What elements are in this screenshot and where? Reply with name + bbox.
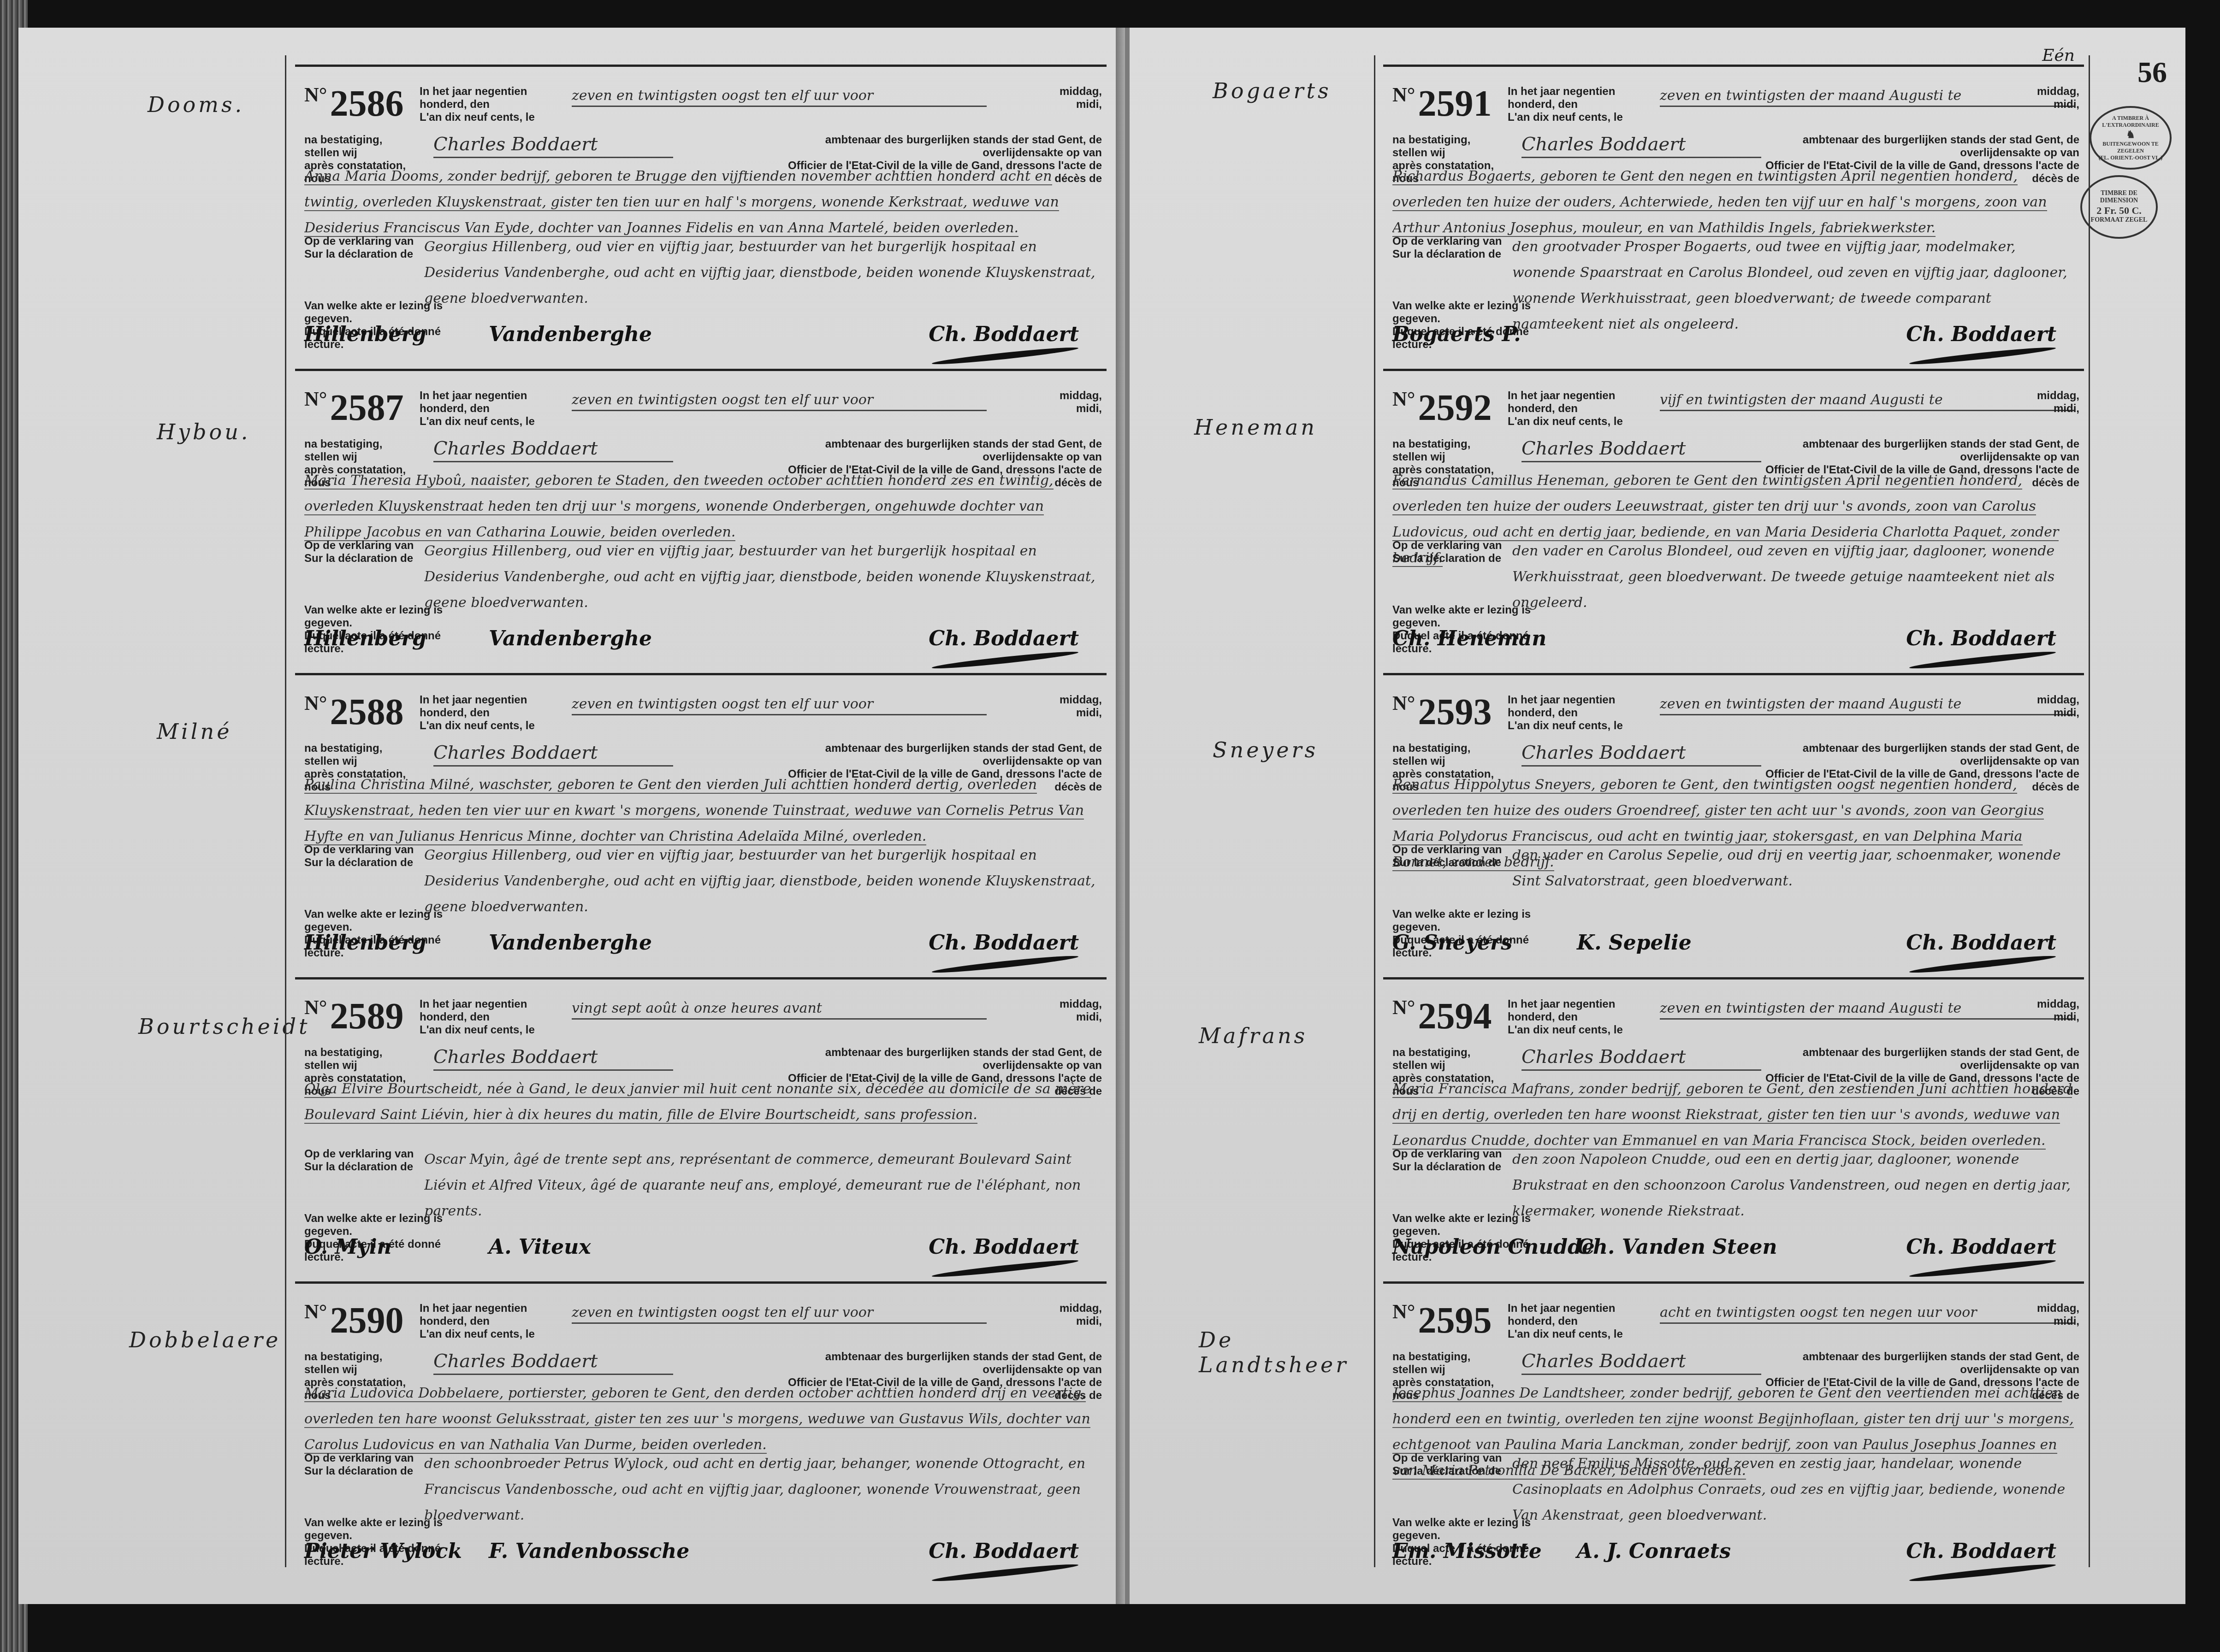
verkl-fr: Sur la déclaration de [1392, 552, 1503, 565]
midday-label: middag, midi, [1047, 389, 1102, 415]
midi-fr: midi, [2024, 707, 2079, 720]
witness-signature: Ch. Heneman [1392, 627, 1546, 650]
verkl-nl: Op de verklaring van [1392, 1452, 1503, 1465]
signature-flourish [931, 1562, 1079, 1583]
header-fr: L'an dix neuf cents, le [420, 415, 558, 428]
printed-declaration: Op de verklaring van Sur la déclaration … [1392, 235, 1503, 261]
stellen-nl: na bestatiging, stellen wij [304, 742, 415, 768]
margin-surname: Hybou. [157, 419, 251, 444]
death-record: N°2587 In het jaar negentien honderd, de… [295, 369, 1107, 664]
witness-signature: Bogaerts P. [1392, 323, 1521, 346]
date-time-handwritten: vijf en twintigsten der maand Augusti te [1660, 392, 2075, 411]
stamp-top-text: A TIMBRER À L'EXTRAORDINAIRE [2091, 115, 2170, 129]
date-time-handwritten: vingt sept août à onze heures avant [572, 1000, 987, 1020]
deceased-details: Richardus Bogaerts, geboren te Gent den … [1392, 164, 2075, 241]
declarants-text: den vader en Carolus Sepelie, oud drij e… [1512, 843, 2075, 894]
record-number: N°2591 [1392, 83, 1492, 125]
deceased-details: Maria Theresia Hyboû, naaister, geboren … [304, 468, 1097, 545]
record-divider [1383, 1281, 2084, 1284]
printed-declaration: Op de verklaring van Sur la déclaration … [304, 844, 415, 869]
printed-declaration: Op de verklaring van Sur la déclaration … [304, 1452, 415, 1478]
witness-signature: Ch. Vanden Steen [1577, 1235, 1777, 1259]
ambt-nl: ambtenaar des burgerlijken stands der st… [779, 134, 1102, 159]
stellen-nl: na bestatiging, stellen wij [1392, 438, 1503, 464]
record-number: N°2587 [304, 387, 403, 429]
record-number: N°2595 [1392, 1300, 1492, 1342]
declarants-text: Oscar Myin, âgé de trente sept ans, repr… [424, 1147, 1097, 1224]
record-divider [295, 673, 1107, 675]
death-record: N°2592 In het jaar negentien honderd, de… [1383, 369, 2084, 664]
margin-surname: Dobbelaere [129, 1327, 281, 1352]
header-nl: In het jaar negentien honderd, den [1508, 694, 1646, 720]
signature-flourish [1909, 345, 2056, 366]
record-divider [295, 1281, 1107, 1284]
deceased-details: Maria Ludovica Dobbelaere, portierster, … [304, 1381, 1097, 1458]
record-number-value: 2593 [1418, 692, 1492, 732]
deceased-details-text: Paulina Christina Milné, waschster, gebo… [304, 777, 1084, 845]
deceased-details-text: Anna Maria Dooms, zonder bedrijf, gebore… [304, 168, 1059, 237]
verkl-nl: Op de verklaring van [304, 1452, 415, 1465]
death-record: N°2590 In het jaar negentien honderd, de… [295, 1281, 1107, 1576]
left-margin: Dooms. Hybou. Milné Bourtscheidt Dobbela… [46, 28, 286, 1604]
lezing-nl: Van welke akte er lezing is gegeven. [1392, 1212, 1540, 1238]
declarants-text: den zoon Napoleon Cnudde, oud een en der… [1512, 1147, 2075, 1224]
record-number-value: 2592 [1418, 388, 1492, 428]
death-record: N°2588 In het jaar negentien honderd, de… [295, 673, 1107, 968]
verkl-nl: Op de verklaring van [304, 844, 415, 856]
header-fr: L'an dix neuf cents, le [420, 111, 558, 124]
declarants-text: den grootvader Prosper Bogaerts, oud twe… [1512, 234, 2075, 337]
officer-signature: Ch. Boddaert [1906, 1540, 2056, 1563]
midday-label: middag, midi, [2024, 694, 2079, 720]
margin-rule [285, 55, 286, 1567]
death-record: N°2594 In het jaar negentien honderd, de… [1383, 977, 2084, 1272]
witness-signature: Em. Missotte [1392, 1540, 1542, 1563]
record-number-value: 2586 [330, 83, 403, 124]
record-divider [295, 977, 1107, 979]
midi-nl: middag, [2024, 85, 2079, 98]
date-time-handwritten: zeven en twintigsten der maand Augusti t… [1660, 88, 2075, 107]
margin-surname: Dooms. [148, 92, 244, 117]
margin-surname: Milné [157, 719, 232, 744]
margin-surname: De Landtsheer [1199, 1327, 1388, 1377]
officer-name: Charles Boddaert [433, 1351, 673, 1375]
date-time-handwritten: zeven en twintigsten oogst ten elf uur v… [572, 392, 987, 411]
number-prefix: N° [304, 83, 327, 106]
number-prefix: N° [304, 996, 327, 1019]
officer-name: Charles Boddaert [1521, 134, 1761, 158]
lezing-nl: Van welke akte er lezing is gegeven. [304, 908, 452, 934]
midi-fr: midi, [2024, 98, 2079, 111]
midday-label: middag, midi, [1047, 694, 1102, 720]
printed-header: In het jaar negentien honderd, den L'an … [1508, 694, 1646, 732]
death-record: N°2593 In het jaar negentien honderd, de… [1383, 673, 2084, 968]
printed-declaration: Op de verklaring van Sur la déclaration … [1392, 1148, 1503, 1174]
signature-flourish [1909, 649, 2056, 671]
record-number: N°2594 [1392, 996, 1492, 1038]
midi-fr: midi, [1047, 707, 1102, 720]
officer-signature: Ch. Boddaert [1906, 931, 2056, 955]
stellen-nl: na bestatiging, stellen wij [304, 438, 415, 464]
record-number-value: 2594 [1418, 996, 1492, 1037]
deceased-details: Paulina Christina Milné, waschster, gebo… [304, 772, 1097, 850]
officer-name: Charles Boddaert [1521, 1046, 1761, 1071]
deceased-details: Olga Elvire Bourtscheidt, née à Gand, le… [304, 1076, 1097, 1128]
midi-fr: midi, [1047, 1011, 1102, 1024]
midday-label: middag, midi, [1047, 1302, 1102, 1328]
header-fr: L'an dix neuf cents, le [1508, 415, 1646, 428]
stellen-nl: na bestatiging, stellen wij [1392, 742, 1503, 768]
witness-signature: F. Vandenbossche [489, 1540, 689, 1563]
header-fr: L'an dix neuf cents, le [1508, 1328, 1646, 1341]
page-number: 56 [2137, 55, 2167, 89]
ambt-nl: ambtenaar des burgerlijken stands der st… [779, 1351, 1102, 1376]
officer-signature: Ch. Boddaert [1906, 323, 2056, 346]
date-time-handwritten: acht en twintigsten oogst ten negen uur … [1660, 1304, 2075, 1324]
right-page: Bogaerts Heneman Sneyers Mafrans De Land… [1125, 28, 2185, 1604]
deceased-details: Maria Francisca Mafrans, zonder bedrijf,… [1392, 1076, 2075, 1154]
record-divider [1383, 673, 2084, 675]
record-number: N°2592 [1392, 387, 1492, 429]
signature-flourish [931, 649, 1079, 671]
record-number: N°2589 [304, 996, 403, 1038]
number-prefix: N° [304, 692, 327, 714]
verkl-fr: Sur la déclaration de [1392, 1465, 1503, 1478]
header-fr: L'an dix neuf cents, le [420, 720, 558, 732]
declarants-text: den schoonbroeder Petrus Wylock, oud ach… [424, 1451, 1097, 1528]
printed-declaration: Op de verklaring van Sur la déclaration … [1392, 1452, 1503, 1478]
midi-nl: middag, [1047, 85, 1102, 98]
printed-header: In het jaar negentien honderd, den L'an … [420, 389, 558, 428]
witness-signature: Vandenberghe [489, 323, 652, 346]
ambt-nl: ambtenaar des burgerlijken stands der st… [1757, 742, 2079, 768]
verkl-fr: Sur la déclaration de [304, 1465, 415, 1478]
printed-declaration: Op de verklaring van Sur la déclaration … [1392, 844, 1503, 869]
officer-signature: Ch. Boddaert [929, 1540, 1079, 1563]
witness-signature: Hillenberg [304, 931, 426, 955]
midi-nl: middag, [1047, 1302, 1102, 1315]
header-nl: In het jaar negentien honderd, den [1508, 1302, 1646, 1328]
officer-signature: Ch. Boddaert [1906, 627, 2056, 650]
record-divider [295, 65, 1107, 67]
midi-fr: midi, [2024, 1315, 2079, 1328]
verkl-nl: Op de verklaring van [304, 539, 415, 552]
header-nl: In het jaar negentien honderd, den [420, 389, 558, 415]
date-time-handwritten: zeven en twintigsten der maand Augusti t… [1660, 696, 2075, 715]
record-divider [295, 369, 1107, 371]
deceased-details-text: Olga Elvire Bourtscheidt, née à Gand, le… [304, 1081, 1091, 1124]
printed-declaration: Op de verklaring van Sur la déclaration … [1392, 539, 1503, 565]
verkl-fr: Sur la déclaration de [1392, 1161, 1503, 1174]
deceased-details-text: Maria Ludovica Dobbelaere, portierster, … [304, 1385, 1090, 1454]
verkl-fr: Sur la déclaration de [304, 856, 415, 869]
verkl-fr: Sur la déclaration de [304, 1161, 415, 1174]
printed-declaration: Op de verklaring van Sur la déclaration … [304, 235, 415, 261]
header-nl: In het jaar negentien honderd, den [420, 998, 558, 1024]
stellen-nl: na bestatiging, stellen wij [1392, 1046, 1503, 1072]
officer-signature: Ch. Boddaert [929, 931, 1079, 955]
extraordinary-stamp: A TIMBRER À L'EXTRAORDINAIRE ♞ BUITENGEW… [2090, 106, 2172, 170]
stellen-nl: na bestatiging, stellen wij [304, 134, 415, 159]
ambt-nl: ambtenaar des burgerlijken stands der st… [779, 1046, 1102, 1072]
ambt-nl: ambtenaar des burgerlijken stands der st… [779, 438, 1102, 464]
header-nl: In het jaar negentien honderd, den [420, 1302, 558, 1328]
death-record: N°2586 In het jaar negentien honderd, de… [295, 65, 1107, 360]
deceased-details-text: Richardus Bogaerts, geboren te Gent den … [1392, 168, 2047, 237]
header-fr: L'an dix neuf cents, le [420, 1024, 558, 1037]
midday-label: middag, midi, [1047, 85, 1102, 111]
stamp-bottom-text: (FL. ORIENT.-OOST VL.) [2091, 154, 2170, 161]
lezing-nl: Van welke akte er lezing is gegeven. [304, 300, 452, 325]
record-number-value: 2590 [330, 1300, 403, 1341]
officer-name: Charles Boddaert [433, 1046, 673, 1071]
verkl-nl: Op de verklaring van [304, 1148, 415, 1161]
lezing-nl: Van welke akte er lezing is gegeven. [1392, 1516, 1540, 1542]
margin-surname: Heneman [1194, 415, 1317, 440]
death-record: N°2591 In het jaar negentien honderd, de… [1383, 65, 2084, 360]
left-page: Dooms. Hybou. Milné Bourtscheidt Dobbela… [18, 28, 1119, 1604]
printed-declaration: Op de verklaring van Sur la déclaration … [304, 1148, 415, 1174]
printed-header: In het jaar negentien honderd, den L'an … [420, 694, 558, 732]
midi-fr: midi, [1047, 402, 1102, 415]
declarants-text: den neef Emilius Missotte, oud zeven en … [1512, 1451, 2075, 1528]
record-divider [1383, 369, 2084, 371]
number-prefix: N° [304, 388, 327, 410]
corner-annotation: Eén [2042, 46, 2075, 65]
printed-header: In het jaar negentien honderd, den L'an … [420, 998, 558, 1037]
officer-signature: Ch. Boddaert [929, 1235, 1079, 1259]
declarants-text: Georgius Hillenberg, oud vier en vijftig… [424, 234, 1097, 312]
date-time-handwritten: zeven en twintigsten der maand Augusti t… [1660, 1000, 2075, 1020]
printed-declaration: Op de verklaring van Sur la déclaration … [304, 539, 415, 565]
officer-name: Charles Boddaert [433, 134, 673, 158]
officer-signature: Ch. Boddaert [929, 323, 1079, 346]
header-nl: In het jaar negentien honderd, den [1508, 389, 1646, 415]
stamp-bottom-text: FORMAAT ZEGEL [2082, 217, 2156, 224]
officer-name: Charles Boddaert [1521, 1351, 1761, 1375]
signature-flourish [1909, 1257, 2056, 1279]
header-nl: In het jaar negentien honderd, den [1508, 85, 1646, 111]
death-record: N°2589 In het jaar negentien honderd, de… [295, 977, 1107, 1272]
signature-flourish [1909, 1562, 2056, 1583]
witness-signature: Vandenberghe [489, 627, 652, 650]
verkl-nl: Op de verklaring van [1392, 539, 1503, 552]
date-time-handwritten: zeven en twintigsten oogst ten elf uur v… [572, 1304, 987, 1324]
date-time-handwritten: zeven en twintigsten oogst ten elf uur v… [572, 88, 987, 107]
stellen-nl: na bestatiging, stellen wij [1392, 134, 1503, 159]
deceased-details: Anna Maria Dooms, zonder bedrijf, gebore… [304, 164, 1097, 241]
officer-signature: Ch. Boddaert [929, 627, 1079, 650]
record-number: N°2586 [304, 83, 403, 125]
verkl-nl: Op de verklaring van [1392, 1148, 1503, 1161]
ambt-nl: ambtenaar des burgerlijken stands der st… [1757, 1046, 2079, 1072]
witness-signature: Pieter Wylock [304, 1540, 462, 1563]
record-number-value: 2587 [330, 388, 403, 428]
record-number: N°2588 [304, 691, 403, 733]
midi-nl: middag, [1047, 998, 1102, 1011]
lion-emblem-icon: ♞ [2091, 129, 2170, 141]
verkl-fr: Sur la déclaration de [1392, 248, 1503, 261]
midi-fr: midi, [2024, 1011, 2079, 1024]
midday-label: middag, midi, [2024, 85, 2079, 111]
deceased-details-text: Maria Theresia Hyboû, naaister, geboren … [304, 472, 1054, 541]
midi-nl: middag, [2024, 998, 2079, 1011]
record-number-value: 2595 [1418, 1300, 1492, 1341]
stamp-column-rule [2089, 55, 2090, 1567]
witness-signature: Hillenberg [304, 323, 426, 346]
lezing-nl: Van welke akte er lezing is gegeven. [304, 604, 452, 630]
witness-signature: A. J. Conraets [1577, 1540, 1731, 1563]
printed-header: In het jaar negentien honderd, den L'an … [420, 1302, 558, 1341]
lezing-nl: Van welke akte er lezing is gegeven. [1392, 604, 1540, 630]
ambt-nl: ambtenaar des burgerlijken stands der st… [1757, 134, 2079, 159]
verkl-fr: Sur la déclaration de [304, 248, 415, 261]
officer-name: Charles Boddaert [1521, 438, 1761, 462]
midday-label: middag, midi, [2024, 1302, 2079, 1328]
record-number: N°2593 [1392, 691, 1492, 733]
header-fr: L'an dix neuf cents, le [1508, 1024, 1646, 1037]
ambt-nl: ambtenaar des burgerlijken stands der st… [779, 742, 1102, 768]
stellen-nl: na bestatiging, stellen wij [304, 1046, 415, 1072]
officer-signature: Ch. Boddaert [1906, 1235, 2056, 1259]
header-nl: In het jaar negentien honderd, den [420, 85, 558, 111]
declarants-text: Georgius Hillenberg, oud vier en vijftig… [424, 538, 1097, 616]
witness-signature: Hillenberg [304, 627, 426, 650]
header-fr: L'an dix neuf cents, le [1508, 111, 1646, 124]
lezing-nl: Van welke akte er lezing is gegeven. [304, 1516, 452, 1542]
printed-header: In het jaar negentien honderd, den L'an … [1508, 1302, 1646, 1341]
lezing-nl: Van welke akte er lezing is gegeven. [1392, 300, 1540, 325]
ambt-nl: ambtenaar des burgerlijken stands der st… [1757, 438, 2079, 464]
record-divider [1383, 977, 2084, 979]
lezing-nl: Van welke akte er lezing is gegeven. [1392, 908, 1540, 934]
officer-name: Charles Boddaert [433, 438, 673, 462]
signature-flourish [1909, 953, 2056, 975]
midday-label: middag, midi, [2024, 998, 2079, 1024]
stamp-middle-text: BUITENGEWOON TE ZEGELEN [2091, 141, 2170, 154]
number-prefix: N° [304, 1300, 327, 1323]
deceased-details-text: Maria Francisca Mafrans, zonder bedrijf,… [1392, 1081, 2072, 1150]
record-number-value: 2588 [330, 692, 403, 732]
midi-nl: middag, [2024, 694, 2079, 707]
margin-surname: Sneyers [1213, 737, 1318, 762]
midi-nl: middag, [1047, 389, 1102, 402]
midi-nl: middag, [1047, 694, 1102, 707]
verkl-nl: Op de verklaring van [1392, 844, 1503, 856]
midi-nl: middag, [2024, 1302, 2079, 1315]
stamp-value: 2 Fr. 50 C. [2082, 205, 2156, 217]
header-nl: In het jaar negentien honderd, den [420, 694, 558, 720]
printed-header: In het jaar negentien honderd, den L'an … [420, 85, 558, 124]
stellen-nl: na bestatiging, stellen wij [1392, 1351, 1503, 1376]
date-time-handwritten: zeven en twintigsten oogst ten elf uur v… [572, 696, 987, 715]
verkl-nl: Op de verklaring van [304, 235, 415, 248]
midday-label: middag, midi, [1047, 998, 1102, 1024]
midday-label: middag, midi, [2024, 389, 2079, 415]
right-margin: Bogaerts Heneman Sneyers Mafrans De Land… [1148, 28, 1388, 1604]
witness-signature: A. Viteux [489, 1235, 591, 1259]
printed-header: In het jaar negentien honderd, den L'an … [1508, 998, 1646, 1037]
number-prefix: N° [1392, 388, 1415, 410]
lezing-nl: Van welke akte er lezing is gegeven. [304, 1212, 452, 1238]
ambt-nl: ambtenaar des burgerlijken stands der st… [1757, 1351, 2079, 1376]
midi-fr: midi, [2024, 402, 2079, 415]
officer-name: Charles Boddaert [433, 742, 673, 767]
declarants-text: Georgius Hillenberg, oud vier en vijftig… [424, 843, 1097, 920]
signature-flourish [931, 345, 1079, 366]
header-fr: L'an dix neuf cents, le [1508, 720, 1646, 732]
margin-rule [1374, 55, 1375, 1567]
record-divider [1383, 65, 2084, 67]
witness-signature: G. Sneyers [1392, 931, 1512, 955]
death-record: N°2595 In het jaar negentien honderd, de… [1383, 1281, 2084, 1576]
record-number-value: 2589 [330, 996, 403, 1037]
number-prefix: N° [1392, 996, 1415, 1019]
signature-flourish [931, 953, 1079, 975]
margin-surname: Bourtscheidt [138, 1014, 310, 1039]
signature-flourish [931, 1257, 1079, 1279]
midi-fr: midi, [1047, 1315, 1102, 1328]
witness-signature: K. Sepelie [1577, 931, 1692, 955]
printed-header: In het jaar negentien honderd, den L'an … [1508, 389, 1646, 428]
midi-fr: midi, [1047, 98, 1102, 111]
verkl-nl: Op de verklaring van [1392, 235, 1503, 248]
dimension-stamp: TIMBRE DE DIMENSION 2 Fr. 50 C. FORMAAT … [2080, 175, 2158, 239]
midi-nl: middag, [2024, 389, 2079, 402]
witness-signature: Napoleon Cnudde [1392, 1235, 1595, 1259]
header-fr: L'an dix neuf cents, le [420, 1328, 558, 1341]
verkl-fr: Sur la déclaration de [304, 552, 415, 565]
officer-name: Charles Boddaert [1521, 742, 1761, 767]
stamp-top-text: TIMBRE DE DIMENSION [2082, 190, 2156, 205]
witness-signature: Vandenberghe [489, 931, 652, 955]
record-number-value: 2591 [1418, 83, 1492, 124]
printed-header: In het jaar negentien honderd, den L'an … [1508, 85, 1646, 124]
verkl-fr: Sur la déclaration de [1392, 856, 1503, 869]
witness-signature: O. Myin [304, 1235, 391, 1259]
margin-surname: Bogaerts [1213, 78, 1332, 103]
number-prefix: N° [1392, 1300, 1415, 1323]
header-nl: In het jaar negentien honderd, den [1508, 998, 1646, 1024]
margin-surname: Mafrans [1199, 1023, 1308, 1048]
number-prefix: N° [1392, 83, 1415, 106]
stellen-nl: na bestatiging, stellen wij [304, 1351, 415, 1376]
record-number: N°2590 [304, 1300, 403, 1342]
number-prefix: N° [1392, 692, 1415, 714]
declarants-text: den vader en Carolus Blondeel, oud zeven… [1512, 538, 2075, 616]
